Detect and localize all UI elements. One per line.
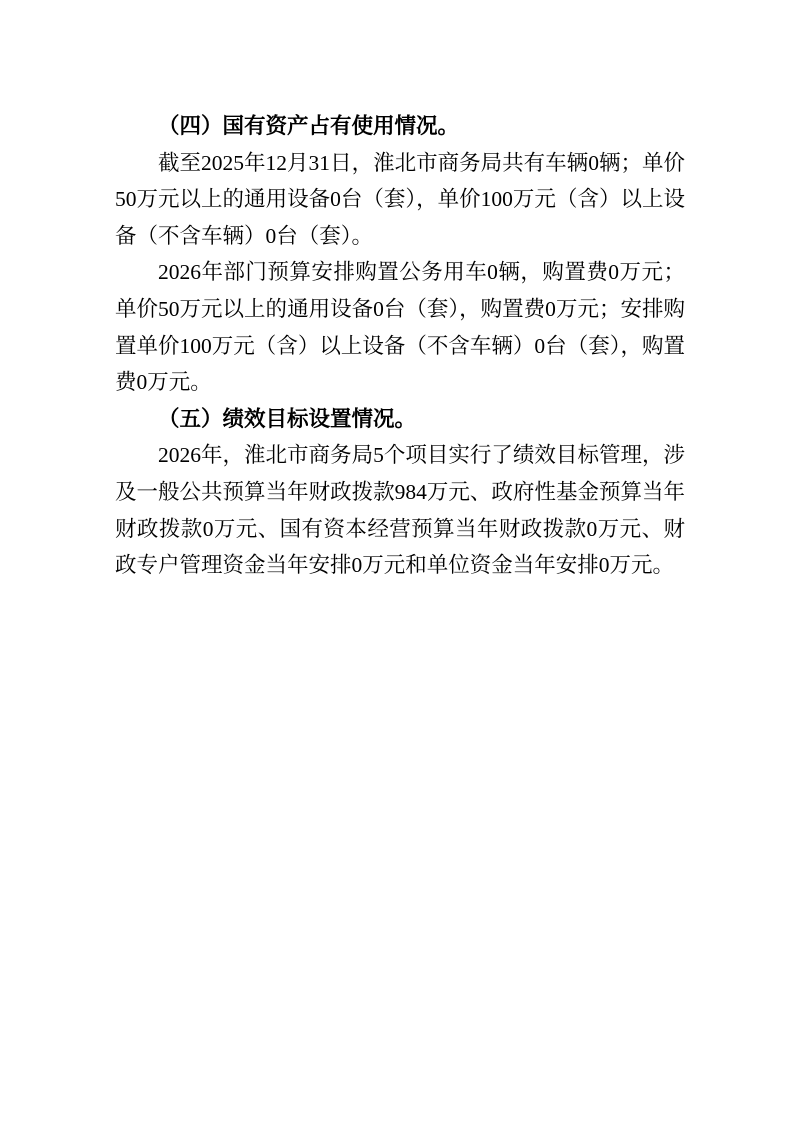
section-heading-performance-targets: （五）绩效目标设置情况。 (115, 401, 685, 438)
section-heading-state-assets: （四）国有资产占有使用情况。 (115, 108, 685, 145)
paragraph-performance-targets: 2026年，淮北市商务局5个项目实行了绩效目标管理，涉及一般公共预算当年财政拨款… (115, 437, 685, 583)
paragraph-assets-budget-purchase: 2026年部门预算安排购置公务用车0辆，购置费0万元；单价50万元以上的通用设备… (115, 254, 685, 400)
document-page: （四）国有资产占有使用情况。 截至2025年12月31日，淮北市商务局共有车辆0… (0, 0, 793, 1122)
document-content: （四）国有资产占有使用情况。 截至2025年12月31日，淮北市商务局共有车辆0… (115, 108, 685, 584)
paragraph-assets-as-of-date: 截至2025年12月31日，淮北市商务局共有车辆0辆；单价50万元以上的通用设备… (115, 145, 685, 255)
